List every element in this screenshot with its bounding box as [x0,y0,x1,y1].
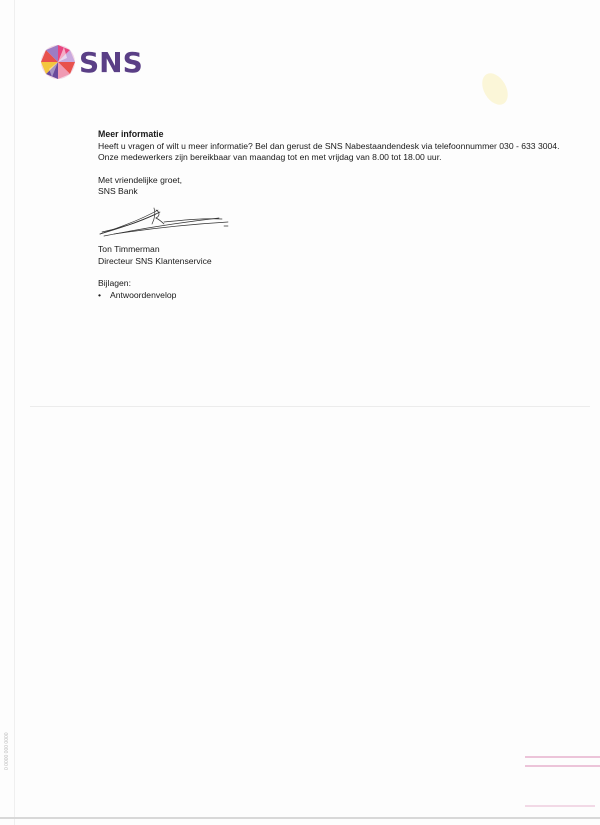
attachments-list: • Antwoordenvelop [98,290,568,302]
sender-organization: SNS Bank [98,186,568,198]
closing-greeting: Met vriendelijke groet, [98,175,568,187]
letter-body: Meer informatie Heeft u vragen of wilt u… [98,129,568,301]
fold-line [30,406,590,407]
attachments-label: Bijlagen: [98,278,568,290]
section-heading: Meer informatie [98,129,568,141]
closing: Met vriendelijke groet, SNS Bank [98,175,568,198]
signer-title: Directeur SNS Klantenservice [98,256,568,268]
scan-stripe [525,805,595,807]
scan-stripe [525,756,600,758]
sns-logo: SNS [40,44,143,80]
attachments: Bijlagen: • Antwoordenvelop [98,278,568,301]
attachment-item: • Antwoordenvelop [98,290,568,302]
scan-smudge [477,69,513,109]
info-paragraph: Heeft u vragen of wilt u meer informatie… [98,141,568,164]
brand-name: SNS [79,46,143,79]
margin-code: 0 0000 000 0000 [4,732,10,770]
signer-name: Ton Timmerman [98,244,568,256]
attachment-label: Antwoordenvelop [110,290,176,302]
sns-pinwheel-logo-icon [40,44,76,80]
page-edge [14,0,15,825]
bullet: • [98,290,110,302]
handwritten-signature-icon [94,204,234,238]
page-edge-bottom [0,817,600,819]
signer-block: Ton Timmerman Directeur SNS Klantenservi… [98,244,568,267]
scan-stripe [525,765,600,767]
